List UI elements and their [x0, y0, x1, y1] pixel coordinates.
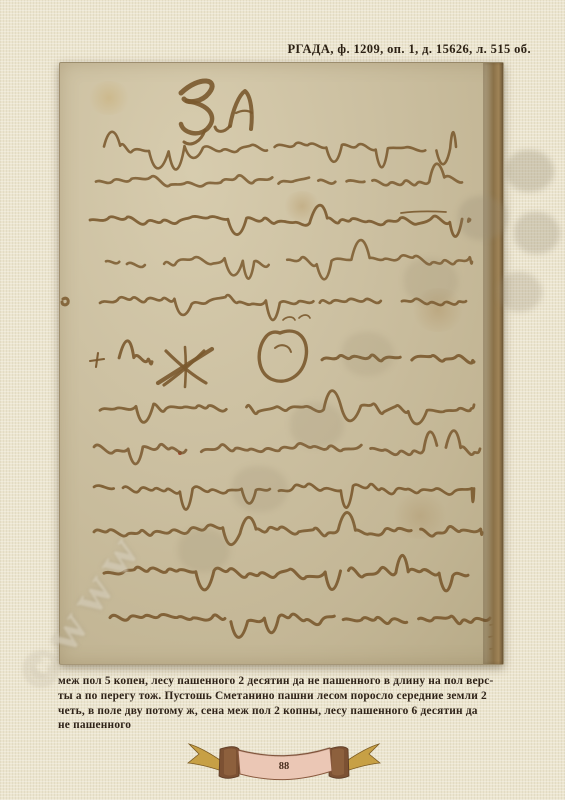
book-page: РГАДА, ф. 1209, оп. 1, д. 15626, л. 515 … — [0, 0, 565, 800]
page-number-ribbon: 88 — [186, 736, 382, 788]
transcription: меж пол 5 копен, лесу пашенного 2 десяти… — [58, 674, 523, 733]
transcription-line: ты а по перегу тож. Пустошь Сметанино па… — [58, 689, 523, 704]
watermark-ghost — [498, 272, 542, 312]
watermark-ghost — [506, 150, 554, 192]
page-number: 88 — [279, 761, 290, 772]
ribbon-tail-left — [188, 744, 222, 771]
archive-reference: РГАДА, ф. 1209, оп. 1, д. 15626, л. 515 … — [0, 42, 531, 57]
binding-edge — [483, 63, 503, 664]
watermark-ghost — [514, 212, 560, 254]
transcription-line: меж пол 5 копен, лесу пашенного 2 десяти… — [58, 674, 523, 689]
transcription-line: четь, в поле дву потому ж, сена меж пол … — [58, 704, 523, 719]
ribbon-tail-right — [346, 744, 380, 771]
transcription-line: не пашенного — [58, 718, 523, 733]
